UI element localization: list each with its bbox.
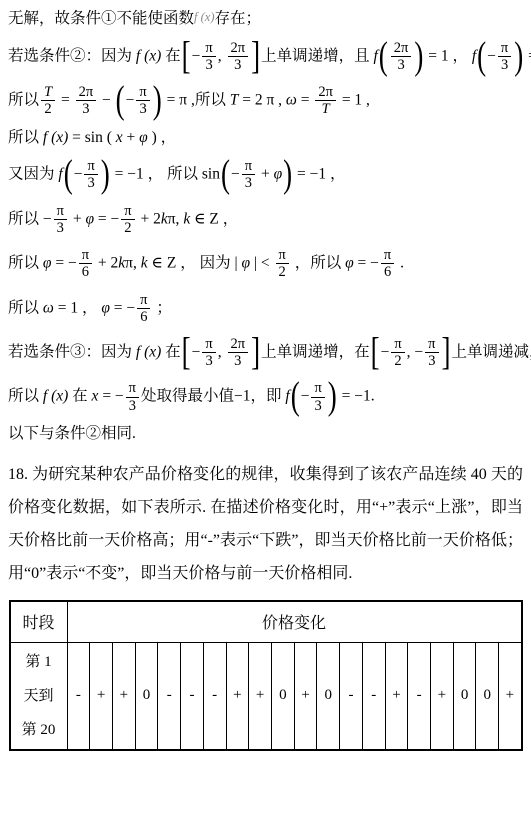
text-run: + — [257, 165, 274, 182]
text-run: 无解，故条件①不能使函数 — [8, 10, 194, 27]
math-italic-run: φ — [274, 165, 283, 182]
fraction: T2 — [41, 84, 55, 117]
stretchy-delimiter: ) — [514, 38, 523, 75]
math-italic-run: φ — [241, 254, 250, 271]
fraction: π3 — [242, 158, 255, 191]
text-run: = −1. — [338, 388, 375, 405]
text-run: + 2 — [94, 254, 118, 271]
fraction: π3 — [425, 336, 438, 369]
math-italic-run: f (x) — [43, 388, 68, 405]
text-run: , — [218, 47, 226, 64]
row-label-line-2: 天到 — [11, 679, 67, 713]
stretchy-delimiter: ( — [221, 156, 230, 193]
text-run: 又因为 — [8, 165, 58, 182]
text-run: , − — [407, 343, 424, 360]
stretchy-delimiter: ] — [251, 38, 260, 75]
price-change-cell: + — [294, 642, 317, 750]
fraction: π2 — [121, 203, 134, 236]
price-change-cell: 0 — [135, 642, 158, 750]
stretchy-delimiter: ] — [442, 334, 451, 371]
text-run: = −1 ， 所以 sin — [111, 165, 220, 182]
stretchy-delimiter: ) — [153, 82, 162, 119]
text-run: . — [396, 254, 404, 271]
math-italic-run: f (x) — [136, 343, 161, 360]
fraction: π3 — [202, 40, 215, 73]
stretchy-delimiter: ( — [116, 82, 125, 119]
line-condition-3: 若选条件③：因为 f (x) 在[−π3, 2π3]上单调递增，在[−π2, −… — [8, 336, 523, 369]
text-run: 若选条件③：因为 — [8, 343, 136, 360]
math-italic-run: f — [373, 47, 377, 64]
price-change-cell: - — [362, 642, 385, 750]
price-change-cell: - — [158, 642, 181, 750]
text-run: = − — [51, 254, 76, 271]
math-italic-run: φ — [101, 299, 110, 316]
text-run: + 2 — [137, 210, 161, 227]
text-run: ，所以 — [291, 254, 345, 271]
stretchy-delimiter: ) — [414, 38, 423, 75]
text-run: − — [74, 165, 83, 182]
text-run: = — [57, 91, 74, 108]
text-run: 若选条件②：因为 — [8, 47, 136, 64]
price-change-cell: 0 — [317, 642, 340, 750]
fraction: 2π3 — [76, 84, 97, 117]
text-run: − — [381, 343, 390, 360]
document-page: 无解，故条件①不能使函数f (x)存在；若选条件②：因为 f (x) 在[−π3… — [0, 0, 531, 751]
fraction: π2 — [391, 336, 404, 369]
fraction: π2 — [276, 247, 289, 280]
math-italic-run: k — [141, 254, 148, 271]
math-italic-run: f — [285, 388, 289, 405]
fraction: 2πT — [315, 84, 336, 117]
price-change-table: 时段 价格变化 第 1 天到 第 20 -++0---++0+0--+-+00+ — [9, 600, 523, 751]
line-period: 所以T2 = 2π3 − (−π3) = π ,所以 T = 2 π , ω =… — [8, 84, 523, 117]
fraction: 2π3 — [228, 336, 249, 369]
fraction: π3 — [84, 158, 97, 191]
text-run: 所以 − — [8, 210, 52, 227]
line-phi-solve: 所以 φ = −π6 + 2kπ, k ∈ Z ， 因为 | φ | < π2 … — [8, 247, 523, 280]
text-run: 以下与条件②相同. — [8, 425, 136, 442]
price-change-cell: - — [181, 642, 204, 750]
text-run: − — [98, 91, 115, 108]
text-run: , — [218, 343, 226, 360]
text-run: = sin ( — [68, 129, 116, 146]
text-run: − — [126, 91, 135, 108]
table-row-label: 第 1 天到 第 20 — [10, 642, 68, 750]
text-run: 上单调递减， — [452, 343, 531, 360]
text-run: 处取得最小值−1，即 — [141, 388, 285, 405]
stretchy-delimiter: ( — [379, 38, 388, 75]
math-italic-run: k — [161, 210, 168, 227]
fraction: π3 — [202, 336, 215, 369]
text-run: 所以 — [8, 388, 43, 405]
price-change-cell: - — [67, 642, 90, 750]
price-change-cell: + — [499, 642, 522, 750]
line-condition-2: 若选条件②：因为 f (x) 在[−π3, 2π3]上单调递增，且 f(2π3)… — [8, 40, 523, 73]
table-header-period: 时段 — [10, 601, 68, 643]
math-italic-run: φ — [85, 210, 94, 227]
price-change-cell: - — [408, 642, 431, 750]
price-change-cell: + — [385, 642, 408, 750]
text-run: = − — [94, 210, 119, 227]
text-run: − — [192, 343, 201, 360]
text-run: = 1 ， — [424, 47, 472, 64]
text-run: 存在； — [215, 10, 262, 27]
math-italic-run: f (x) — [194, 10, 214, 24]
table-header-price-change: 价格变化 — [67, 601, 522, 643]
text-run: − — [231, 165, 240, 182]
fraction: π3 — [311, 380, 324, 413]
text-run: ∈ Z ， — [190, 210, 238, 227]
text-run: 上单调递增，在 — [261, 343, 370, 360]
text-run: = − — [110, 299, 135, 316]
text-run: 所以 — [8, 299, 43, 316]
price-change-cell: 0 — [476, 642, 499, 750]
problem-18-text: 18. 为研究某种农产品价格变化的规律，收集得到了该农产品连续 40 天的价格变… — [8, 458, 523, 590]
text-run: 上单调递增，且 — [261, 47, 373, 64]
price-change-cell: + — [90, 642, 113, 750]
table-data-row: 第 1 天到 第 20 -++0---++0+0--+-+00+ — [10, 642, 522, 750]
text-run: π, — [168, 210, 184, 227]
math-italic-run: f (x) — [136, 47, 161, 64]
text-run: − — [192, 47, 201, 64]
text-run: ) ， — [148, 129, 176, 146]
math-italic-run: x — [116, 129, 123, 146]
fraction: 2π3 — [228, 40, 249, 73]
math-italic-run: f — [58, 165, 62, 182]
line-fx-form: 所以 f (x) = sin ( x + φ ) ， — [8, 129, 523, 148]
solution-section: 无解，故条件①不能使函数f (x)存在；若选条件②：因为 f (x) 在[−π3… — [8, 10, 523, 444]
stretchy-delimiter: [ — [182, 38, 191, 75]
price-change-cell: - — [203, 642, 226, 750]
price-change-cell: + — [249, 642, 272, 750]
text-run: = −1 ， — [293, 165, 345, 182]
fraction: π6 — [79, 247, 92, 280]
line-omega-phi: 所以 ω = 1 ， φ = −π6 ； — [8, 292, 523, 325]
text-run: + — [123, 129, 140, 146]
text-run: = − — [354, 254, 379, 271]
text-run: = — [297, 91, 314, 108]
text-run: ∈ Z ， 因为 | — [148, 254, 242, 271]
text-run: = 2 π , — [238, 91, 286, 108]
math-italic-run: φ — [139, 129, 148, 146]
price-change-cell: 0 — [453, 642, 476, 750]
price-change-cell: 0 — [271, 642, 294, 750]
stretchy-delimiter: ( — [291, 379, 300, 416]
text-run: 在 — [161, 343, 180, 360]
line-conclusion-2: 以下与条件②相同. — [8, 425, 523, 444]
text-run: 在 — [161, 47, 180, 64]
fraction: π6 — [137, 292, 150, 325]
text-run: ； — [152, 299, 171, 316]
price-change-cell: + — [431, 642, 454, 750]
text-run: = 1 , — [338, 91, 370, 108]
stretchy-delimiter: [ — [371, 334, 380, 371]
text-run: = π ,所以 — [163, 91, 230, 108]
math-italic-run: ω — [286, 91, 297, 108]
price-change-cell: + — [112, 642, 135, 750]
line-minimum: 所以 f (x) 在 x = −π3处取得最小值−1，即 f(−π3) = −1… — [8, 380, 523, 413]
stretchy-delimiter: ) — [283, 156, 292, 193]
price-change-cell: + — [226, 642, 249, 750]
math-italic-run: φ — [345, 254, 354, 271]
fraction: π3 — [498, 40, 511, 73]
stretchy-delimiter: ) — [328, 379, 337, 416]
line-phase-equation: 所以 −π3 + φ = −π2 + 2kπ, k ∈ Z ， — [8, 203, 523, 236]
text-run: = 1 ， — [54, 299, 102, 316]
stretchy-delimiter: ) — [101, 156, 110, 193]
stretchy-delimiter: ] — [251, 334, 260, 371]
text-run: − — [301, 388, 310, 405]
math-italic-run: f (x) — [43, 129, 68, 146]
stretchy-delimiter: [ — [182, 334, 191, 371]
fraction: π3 — [54, 203, 67, 236]
text-run: 在 — [68, 388, 91, 405]
fraction: π3 — [136, 84, 149, 117]
line-sin-equation: 又因为 f(−π3) = −1 ， 所以 sin(−π3 + φ) = −1 ， — [8, 158, 523, 191]
fraction: π6 — [381, 247, 394, 280]
text-run: − — [487, 47, 496, 64]
text-run: = − — [98, 388, 123, 405]
row-label-line-1: 第 1 — [11, 645, 67, 679]
text-run: 所以 — [8, 254, 43, 271]
math-italic-run: f — [472, 47, 476, 64]
stretchy-delimiter: ( — [64, 156, 73, 193]
text-run: = −1 — [524, 47, 531, 64]
text-run: + — [69, 210, 86, 227]
text-run: 所以 — [8, 129, 43, 146]
text-run: π, — [125, 254, 141, 271]
fraction: π3 — [126, 380, 139, 413]
text-run: | < — [250, 254, 273, 271]
stretchy-delimiter: ( — [477, 38, 486, 75]
price-change-cell: - — [340, 642, 363, 750]
text-run: 所以 — [8, 91, 39, 108]
math-italic-run: ω — [43, 299, 54, 316]
table-header-row: 时段 价格变化 — [10, 601, 522, 643]
fraction: 2π3 — [391, 40, 412, 73]
line-conclusion-1: 无解，故条件①不能使函数f (x)存在； — [8, 10, 523, 29]
row-label-line-3: 第 20 — [11, 713, 67, 747]
